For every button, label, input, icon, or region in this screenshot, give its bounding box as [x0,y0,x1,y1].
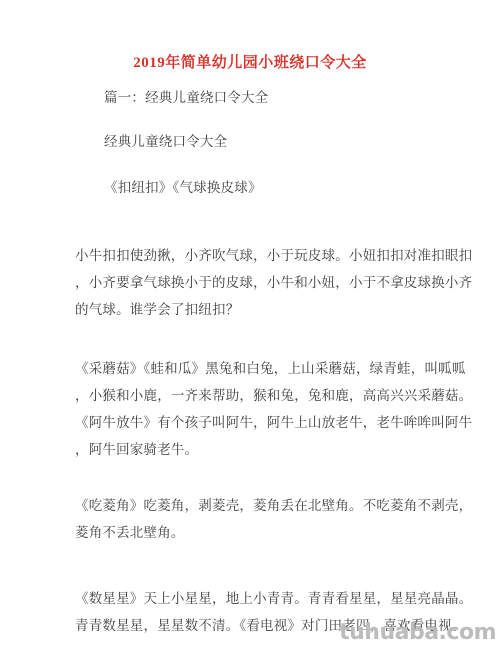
paragraph-line: 《采蘑菇》《蛙和瓜》黑兔和白兔，上山采蘑菇，绿青蛙，叫呱呱 [75,355,495,382]
site-watermark: tuhuaba.com [339,622,496,644]
intro-line-titles: 《扣纽扣》《气球换皮球》 [104,174,500,201]
page-title: 2019年简单幼儿园小班绕口令大全 [0,52,500,74]
paragraph-line: 小牛扣扣使劲揪，小齐吹气球，小于玩皮球。小妞扣扣对准扣眼扣 [75,242,495,269]
paragraph-line: 《数星星》天上小星星，地上小青青。青青看星星，星星亮晶晶。 [75,585,495,612]
paragraph-mushroom-rhyme: 《采蘑菇》《蛙和瓜》黑兔和白兔，上山采蘑菇，绿青蛙，叫呱呱 ，小猴和小鹿，一齐来… [75,355,495,463]
paragraph-line: 《吃菱角》吃菱角，剥菱壳，菱角丢在北壁角。不吃菱角不剥壳， [75,492,495,519]
paragraph-line: ，小猴和小鹿，一齐来帮助，猴和兔，兔和鹿，高高兴兴采蘑菇。 [75,382,495,409]
paragraph-line: 《阿牛放牛》有个孩子叫阿牛，阿牛上山放老牛，老牛哞哞叫阿牛 [75,409,495,436]
paragraph-line: ，小齐要拿气球换小于的皮球，小牛和小妞，小于不拿皮球换小齐 [75,269,495,296]
paragraph-line: ，阿牛回家骑老牛。 [75,436,495,463]
intro-line-part-one: 篇一：经典儿童绕口令大全 [104,84,500,111]
paragraph-line: 的气球。谁学会了扣纽扣？ [75,296,495,323]
intro-line-subtitle: 经典儿童绕口令大全 [104,128,500,155]
paragraph-water-chestnut-rhyme: 《吃菱角》吃菱角，剥菱壳，菱角丢在北壁角。不吃菱角不剥壳， 菱角不丢北壁角。 [75,492,495,546]
document-page: 2019年简单幼儿园小班绕口令大全 篇一：经典儿童绕口令大全 经典儿童绕口令大全… [0,0,500,647]
paragraph-line: 菱角不丢北壁角。 [75,519,495,546]
paragraph-button-rhyme: 小牛扣扣使劲揪，小齐吹气球，小于玩皮球。小妞扣扣对准扣眼扣 ，小齐要拿气球换小于… [75,242,495,323]
